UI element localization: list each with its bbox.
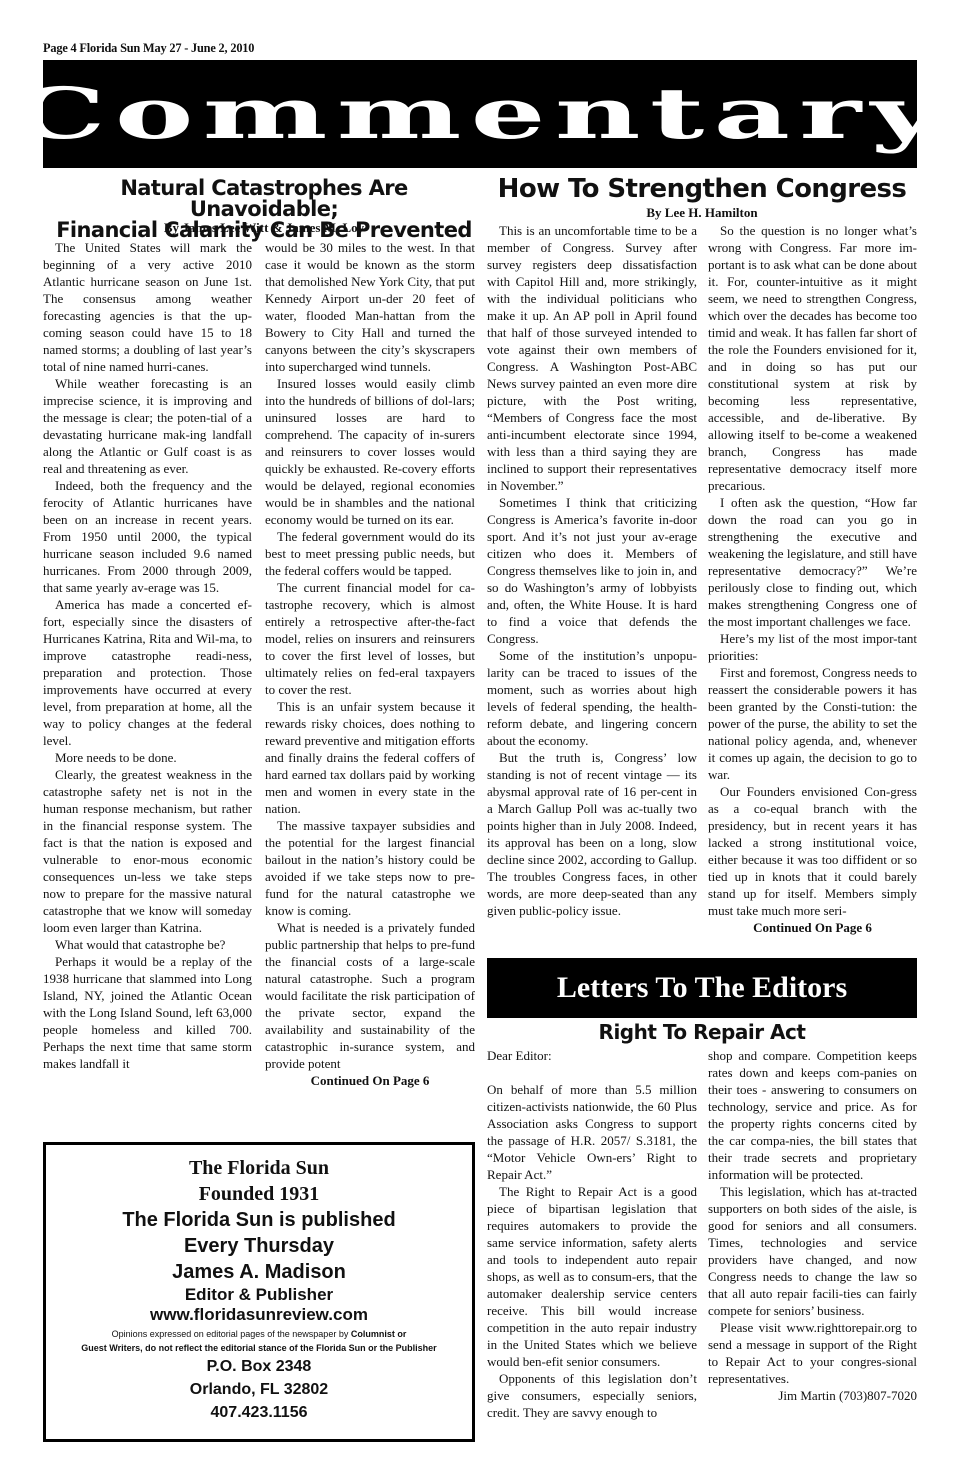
paragraph: But the truth is, Congress’ low standing… [487,749,697,919]
letter-headline: Right To Repair Act [487,1020,917,1044]
paragraph: What would that catastrophe be? [43,936,252,953]
disclaimer-bold: Columnist or [351,1329,407,1339]
paragraph: Some of the institution’s unpopu-larity … [487,647,697,749]
section-title: Commentary [12,79,948,149]
letters-banner: Letters To The Editors [487,958,917,1018]
disclaimer: Opinions expressed on editorial pages of… [46,1327,472,1355]
letter-column1: Dear Editor: On behalf of more than 5.5 … [487,1047,697,1421]
paragraph: I often ask the question, “How far down … [708,494,917,630]
article2-column1: This is an uncomfortable time to be a me… [487,222,697,919]
section-banner: Commentary [43,60,917,168]
paragraph: This is an uncomfortable time to be a me… [487,222,697,494]
paragraph: Insured losses would easily climb into t… [265,375,475,528]
editor-name: James A. Madison [46,1259,472,1285]
masthead-box: The Florida Sun Founded 1931 The Florida… [43,1142,475,1442]
paragraph: Opponents of this legislation don’t give… [487,1370,697,1421]
article1-headline-line1: Natural Catastrophes Are Unavoidable; [43,178,485,220]
paragraph: The federal government would do its best… [265,528,475,579]
paragraph: The United States will mark the beginnin… [43,239,252,375]
published-line1: The Florida Sun is published [46,1207,472,1233]
po-box: P.O. Box 2348 [46,1355,472,1378]
paragraph: Indeed, both the frequency and the feroc… [43,477,252,596]
article2-byline: By Lee H. Hamilton [487,205,917,221]
paragraph: Clearly, the greatest weakness in the ca… [43,766,252,936]
paragraph: would be 30 miles to the west. In that c… [265,239,475,375]
published-line2: Every Thursday [46,1233,472,1259]
phone: 407.423.1156 [46,1401,472,1424]
paragraph: This legislation, which has at-tracted s… [708,1183,917,1319]
paragraph: shop and compare. Competition keeps rate… [708,1047,917,1183]
city: Orlando, FL 32802 [46,1378,472,1401]
paragraph: Here’s my list of the most impor-tant pr… [708,630,917,664]
disclaimer-bold: Guest Writers, do not reflect the editor… [81,1343,436,1353]
paper-name: The Florida Sun [46,1155,472,1181]
salutation: Dear Editor: [487,1047,697,1064]
paragraph: The current financial model for ca-tastr… [265,579,475,698]
paragraph: The Right to Repair Act is a good piece … [487,1183,697,1370]
article1-column2: would be 30 miles to the west. In that c… [265,239,475,1089]
letters-title: Letters To The Editors [557,971,847,1005]
paragraph: What is needed is a privately funded pub… [265,919,475,1072]
paragraph: So the question is no longer what’s wron… [708,222,917,494]
paragraph: On behalf of more than 5.5 million citiz… [487,1081,697,1183]
editor-title: Editor & Publisher [46,1285,472,1305]
article2-column2: So the question is no longer what’s wron… [708,222,917,936]
paragraph: America has made a concerted ef-fort, es… [43,596,252,749]
paragraph: First and foremost, Congress needs to re… [708,664,917,783]
article1-byline: By James Lee Witt & James M. Loy [43,220,485,236]
paragraph: The massive taxpayer subsidies and the p… [265,817,475,919]
letter-column2: shop and compare. Competition keeps rate… [708,1047,917,1404]
continued-link[interactable]: Continued On Page 6 [708,919,917,936]
article2-headline: How To Strengthen Congress [487,176,917,202]
article1-column1: The United States will mark the beginnin… [43,239,252,1072]
letter-signature: Jim Martin (703)807-7020 [708,1387,917,1404]
paragraph: Perhaps it would be a replay of the 1938… [43,953,252,1072]
paragraph: This is an unfair system because it rewa… [265,698,475,817]
paragraph: Our Founders envisioned Con-gress as a c… [708,783,917,919]
website-link[interactable]: www.floridasunreview.com [46,1305,472,1325]
page-folio: Page 4 Florida Sun May 27 - June 2, 2010 [43,40,254,56]
founded: Founded 1931 [46,1181,472,1207]
continued-link[interactable]: Continued On Page 6 [265,1072,475,1089]
disclaimer-text: Opinions expressed on editorial pages of… [112,1329,351,1339]
paragraph: Please visit www.righttorepair.org to se… [708,1319,917,1387]
paragraph: While weather forecasting is an imprecis… [43,375,252,477]
paragraph: More needs to be done. [43,749,252,766]
paragraph: Sometimes I think that criticizing Congr… [487,494,697,647]
